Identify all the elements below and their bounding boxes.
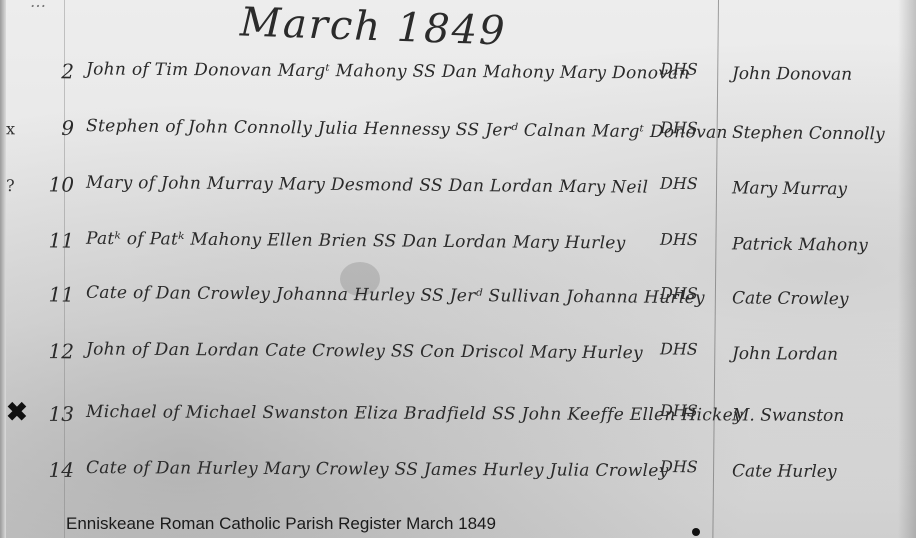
entry-day: 11 — [40, 282, 74, 306]
entry-officiant-abbr: DHS — [660, 59, 698, 78]
image-caption: Enniskeane Roman Catholic Parish Registe… — [66, 514, 496, 534]
entry-day: 10 — [40, 172, 74, 196]
margin-mark: x — [6, 119, 15, 138]
month-title: March 1849 — [239, 0, 507, 55]
entry-day: 12 — [40, 339, 74, 363]
register-entry: 14 Cate of Dan Hurley Mary Crowley SS Ja… — [0, 452, 916, 497]
entry-record: Michael of Michael Swanston Eliza Bradfi… — [86, 402, 743, 425]
entry-day: 13 — [40, 402, 74, 426]
entry-sponsor: Stephen Connolly — [732, 123, 885, 145]
entry-sponsor: Cate Crowley — [732, 288, 849, 309]
entry-sponsor: John Donovan — [732, 64, 852, 85]
register-page: … March 1849 2 John of Tim Donovan Margᵗ… — [0, 0, 916, 538]
entry-officiant-abbr: DHS — [660, 339, 698, 358]
register-entry: x 9 Stephen of John Connolly Julia Henne… — [0, 109, 916, 159]
entry-record: Cate of Dan Hurley Mary Crowley SS James… — [86, 458, 669, 481]
entry-record: Patᵏ of Patᵏ Mahony Ellen Brien SS Dan L… — [86, 229, 626, 254]
entry-sponsor: M. Swanston — [732, 405, 844, 426]
entry-officiant-abbr: DHS — [660, 401, 698, 420]
cut-off-header-text: … — [30, 0, 46, 11]
entry-day: 2 — [40, 59, 74, 83]
register-entry: 11 Cate of Dan Crowley Johanna Hurley SS… — [0, 276, 916, 324]
entry-record: Cate of Dan Crowley Johanna Hurley SS Je… — [86, 283, 705, 308]
margin-mark: ? — [6, 176, 15, 195]
register-entry: 11 Patᵏ of Patᵏ Mahony Ellen Brien SS Da… — [0, 222, 916, 270]
entry-sponsor: John Lordan — [732, 344, 838, 365]
entry-sponsor: Cate Hurley — [732, 461, 837, 482]
register-entry: ? 10 Mary of John Murray Mary Desmond SS… — [0, 166, 916, 214]
entry-sponsor: Mary Murray — [732, 178, 847, 199]
margin-mark: ✖ — [6, 398, 28, 428]
entry-record: Mary of John Murray Mary Desmond SS Dan … — [86, 173, 648, 198]
entry-record: John of Tim Donovan Margᵗ Mahony SS Dan … — [86, 59, 690, 83]
register-entry: ✖ 13 Michael of Michael Swanston Eliza B… — [0, 396, 916, 441]
entry-day: 11 — [40, 228, 74, 252]
entry-day: 14 — [40, 458, 74, 482]
entry-record: John of Dan Lordan Cate Crowley SS Con D… — [86, 339, 643, 363]
register-entry: 2 John of Tim Donovan Margᵗ Mahony SS Da… — [0, 53, 916, 99]
register-entry: 12 John of Dan Lordan Cate Crowley SS Co… — [0, 333, 916, 379]
entry-officiant-abbr: DHS — [660, 457, 698, 476]
entry-officiant-abbr: DHS — [660, 230, 698, 249]
entry-officiant-abbr: DHS — [660, 284, 698, 303]
entry-day: 9 — [40, 116, 74, 140]
entry-officiant-abbr: DHS — [660, 118, 698, 137]
ink-blot — [692, 528, 700, 536]
entry-record: Stephen of John Connolly Julia Hennessy … — [86, 116, 728, 143]
entry-officiant-abbr: DHS — [660, 174, 698, 193]
entry-sponsor: Patrick Mahony — [732, 234, 868, 255]
